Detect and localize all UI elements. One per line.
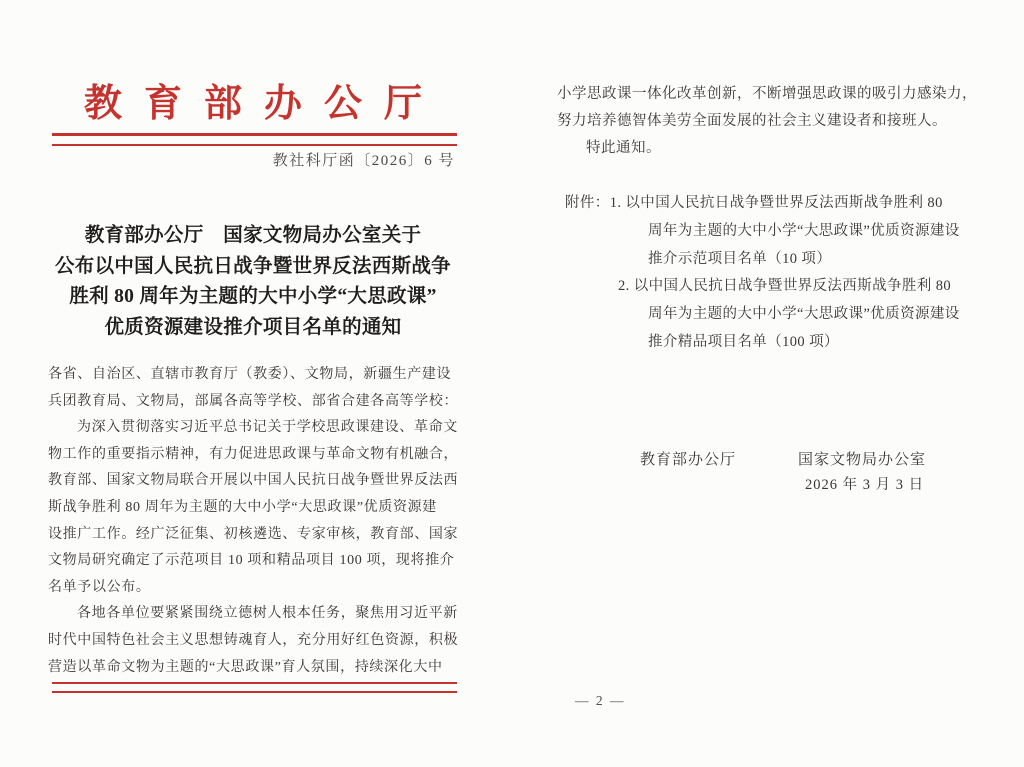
body-line: 教育部、国家文物局联合开展以中国人民抗日战争暨世界反法西: [48, 468, 460, 495]
body-line: 小学思政课一体化改革创新，不断增强思政课的吸引力感染力，: [557, 81, 981, 108]
letterhead-rule: [52, 133, 457, 146]
attachment-line: 推介示范项目名单（10 项）: [555, 246, 985, 274]
page2-body: 小学思政课一体化改革创新，不断增强思政课的吸引力感染力， 努力培养德智体美劳全面…: [557, 81, 981, 162]
body-line: 为深入贯彻落实习近平总书记关于学校思政课建设、革命文: [48, 415, 460, 442]
title-line: 优质资源建设推介项目名单的通知: [46, 313, 460, 344]
title-line: 胜利 80 周年为主题的大中小学“大思政课”: [46, 282, 460, 313]
attachment-line: 附件：1. 以中国人民抗日战争暨世界反法西斯战争胜利 80: [555, 190, 985, 218]
attachment-list: 附件：1. 以中国人民抗日战争暨世界反法西斯战争胜利 80 周年为主题的大中小学…: [555, 190, 985, 357]
attachment-line: 周年为主题的大中小学“大思政课”优质资源建设: [555, 218, 985, 246]
body-line: 兵团教育局、文物局，部属各高等学校、部省合建各高等学校：: [48, 389, 460, 416]
body-line: 文物局研究确定了示范项目 10 项和精品项目 100 项，现将推介: [48, 548, 460, 575]
body-line: 斯战争胜利 80 周年为主题的大中小学“大思政课”优质资源建: [48, 495, 460, 522]
issue-date: 2026 年 3 月 3 日: [805, 475, 924, 495]
signature-ncha: 国家文物局办公室: [798, 450, 926, 470]
page-number: — 2 —: [575, 692, 626, 710]
title-line: 公布以中国人民抗日战争暨世界反法西斯战争: [46, 252, 460, 283]
title-line: 教育部办公厅 国家文物局办公室关于: [46, 221, 460, 252]
page1-body: 各省、自治区、直辖市教育厅（教委）、文物局，新疆生产建设 兵团教育局、文物局，部…: [48, 362, 460, 681]
body-line: 设推广工作。经广泛征集、初核遴选、专家审核，教育部、国家: [48, 522, 460, 549]
body-line: 营造以革命文物为主题的“大思政课”育人氛围，持续深化大中: [48, 655, 460, 682]
body-line: 各地各单位要紧紧围绕立德树人根本任务，聚焦用习近平新: [48, 601, 460, 628]
attachment-line: 2. 以中国人民抗日战争暨世界反法西斯战争胜利 80: [555, 273, 985, 301]
attachment-line: 周年为主题的大中小学“大思政课”优质资源建设: [555, 301, 985, 329]
doc-number: 教社科厅函〔2026〕6 号: [55, 150, 455, 172]
body-line: 特此通知。: [557, 135, 981, 162]
signature-moe: 教育部办公厅: [640, 450, 736, 470]
body-line: 各省、自治区、直辖市教育厅（教委）、文物局，新疆生产建设: [48, 362, 460, 389]
letterhead-title: 教育部办公厅: [48, 80, 458, 128]
body-line: 名单予以公布。: [48, 575, 460, 602]
notice-title: 教育部办公厅 国家文物局办公室关于 公布以中国人民抗日战争暨世界反法西斯战争 胜…: [46, 221, 460, 344]
scanned-document: 教育部办公厅 教社科厅函〔2026〕6 号 教育部办公厅 国家文物局办公室关于 …: [0, 0, 1024, 767]
body-line: 时代中国特色社会主义思想铸魂育人，充分用好红色资源，积极: [48, 628, 460, 655]
body-line: 物工作的重要指示精神，有力促进思政课与革命文物有机融合，: [48, 442, 460, 469]
body-line: 努力培养德智体美劳全面发展的社会主义建设者和接班人。: [557, 108, 981, 135]
attachment-line: 推介精品项目名单（100 项）: [555, 329, 985, 357]
page-bottom-rule: [52, 682, 457, 693]
